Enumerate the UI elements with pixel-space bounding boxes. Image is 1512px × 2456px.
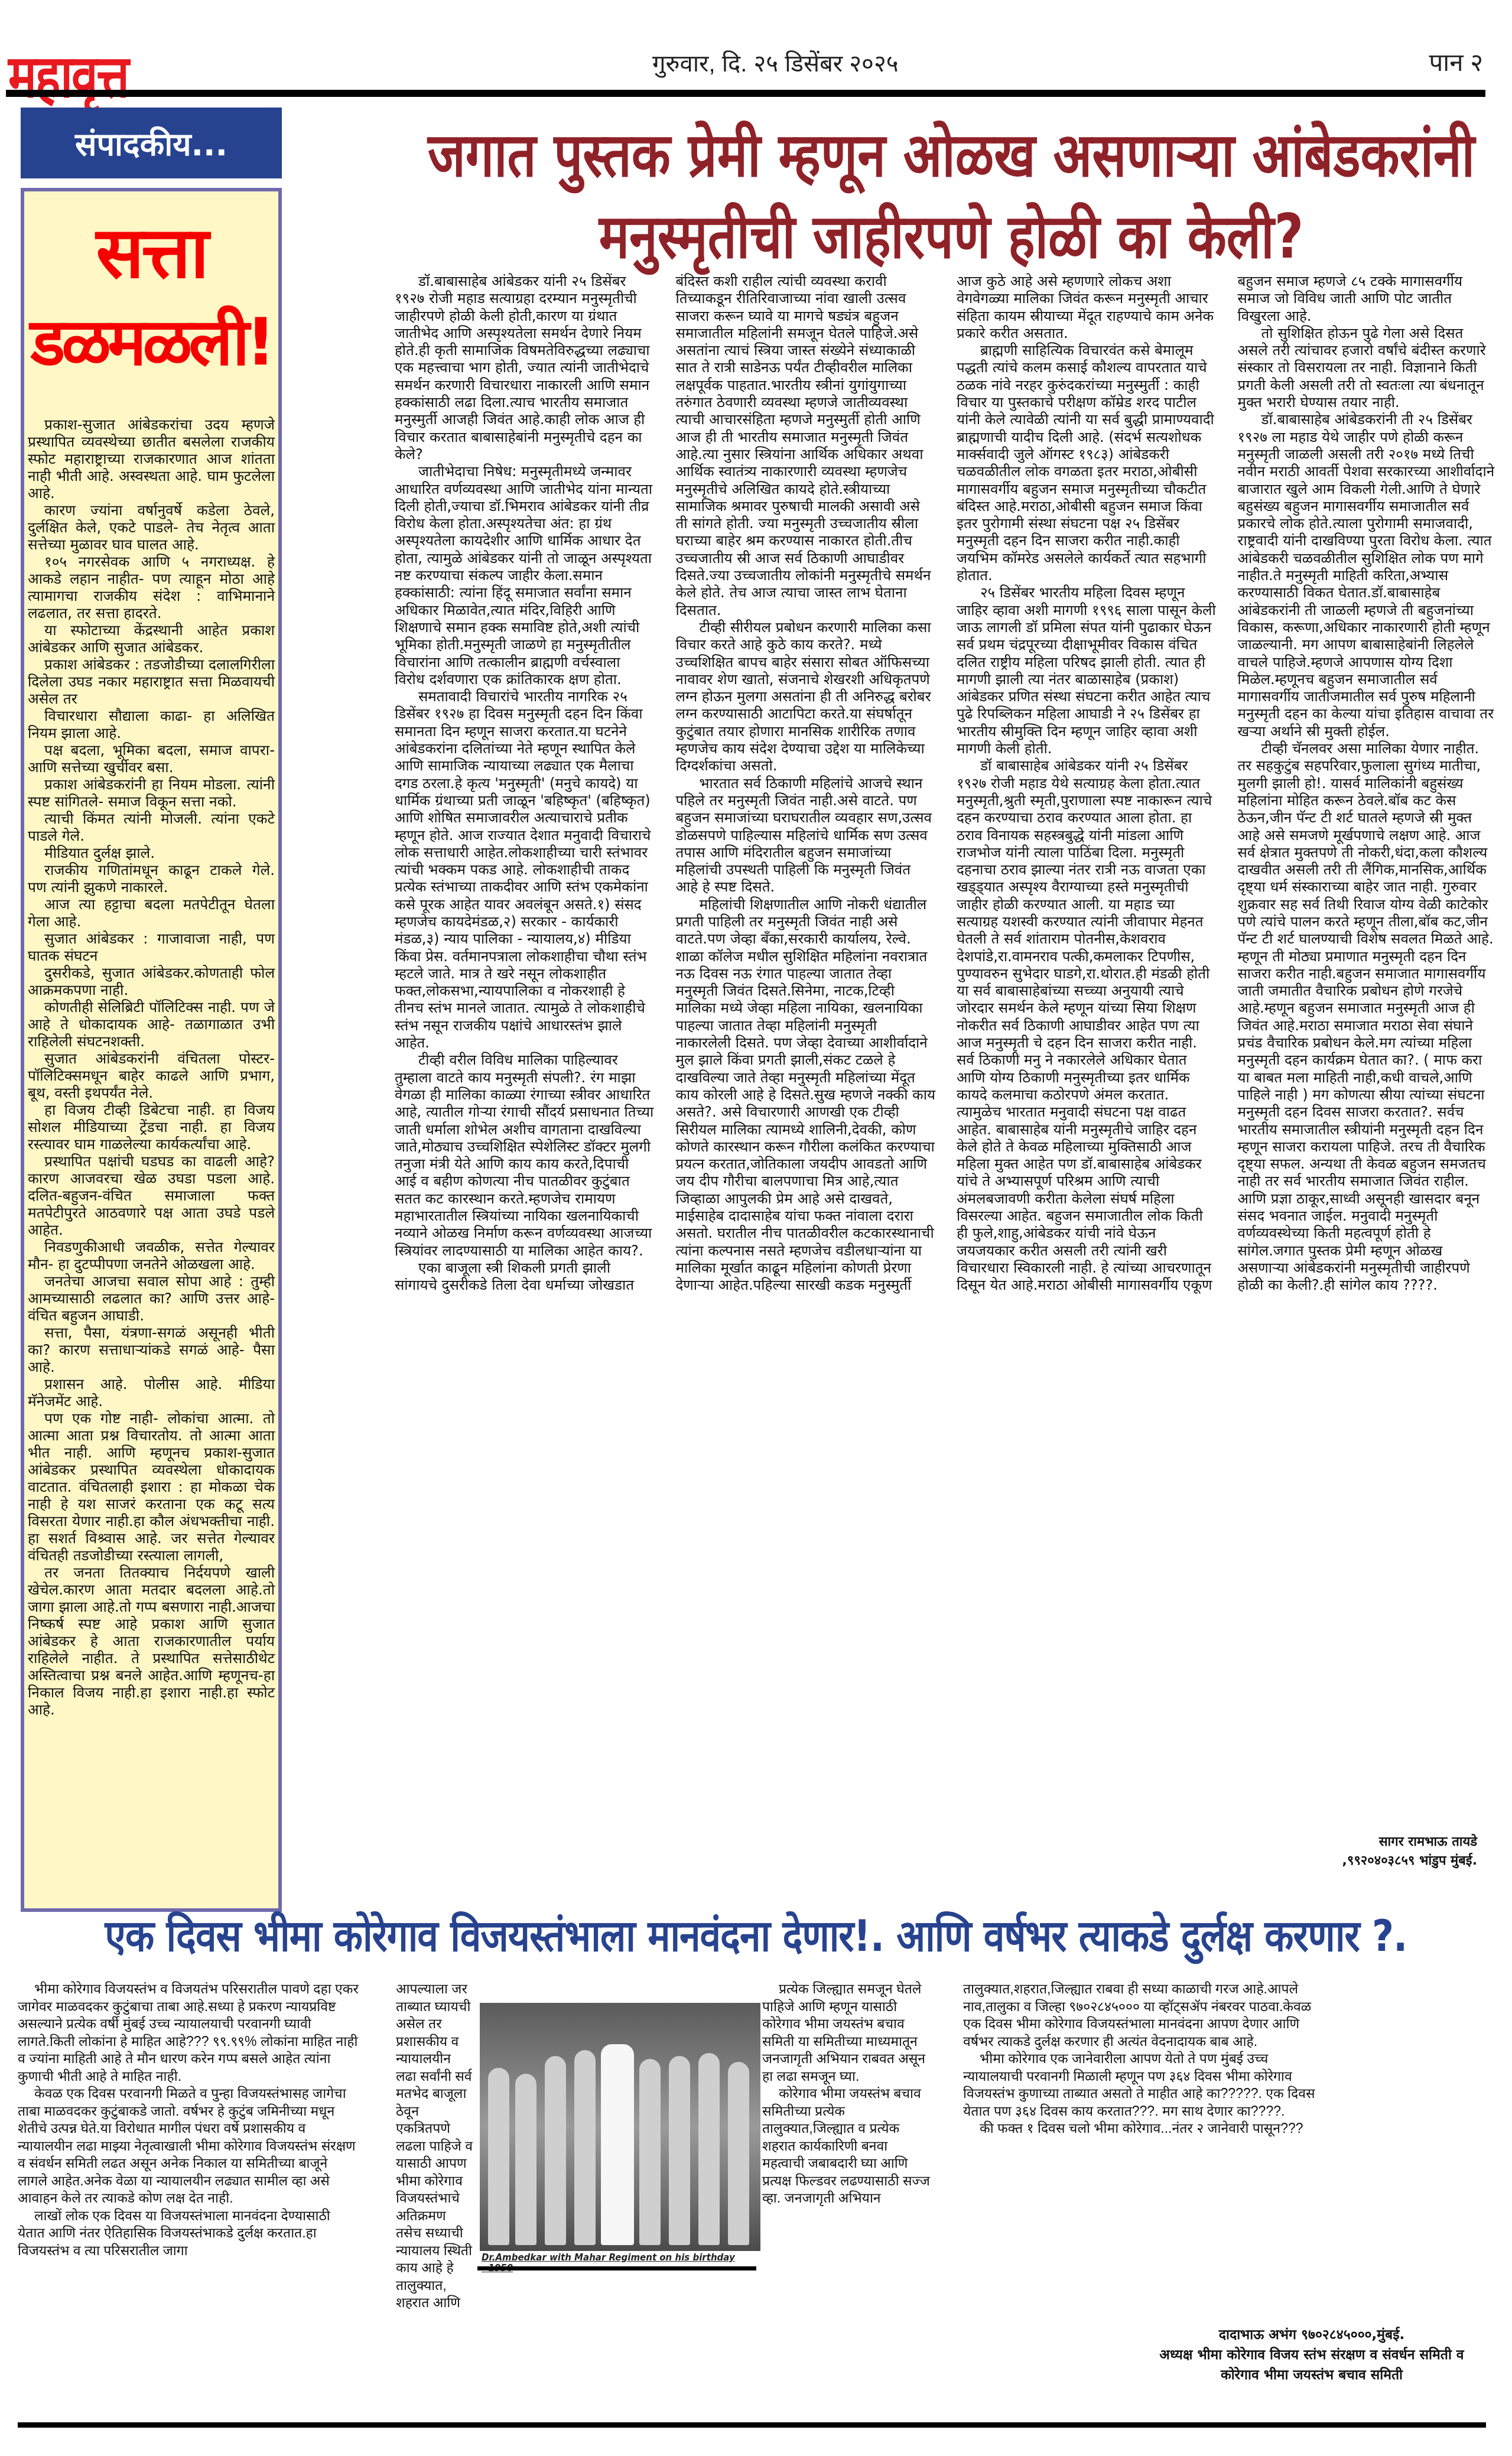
editorial-paragraph: जनतेचा आजचा सवाल सोपा आहे : तुम्ही आमच्य… [28,1273,275,1324]
editorial-paragraph: सुजात आंबेडकरांनी वंचितला पोस्टर-पॉलिटिक… [28,1050,275,1101]
editorial-paragraph: पक्ष बदला, भूमिका बदला, समाज वापरा- आणि … [28,741,275,776]
editorial-paragraph: हा विजय टीव्ही डिबेटचा नाही. हा विजय सोश… [28,1101,275,1153]
editorial-paragraph: राजकीय गणितांमधून काढून टाकले गेले. पण त… [28,861,275,896]
article2-paragraph: लाखों लोक एक दिवस या विजयस्तंभाला मानवंद… [18,2207,360,2260]
article2-column-3: प्रत्येक जिल्ह्यात समजून घेतले पाहिजे आण… [762,1980,934,2406]
editorial-paragraph: प्रकाश आंबेडकरांनी हा नियम मोडला. त्यांन… [28,776,275,810]
article1-paragraph: २५ डिसेंबर भारतीय महिला दिवस म्हणून जाहि… [957,584,1217,757]
article1-paragraph: भारतात सर्व ठिकाणी महिलांचे आजचे स्थान प… [676,775,936,896]
editorial-paragraph: सुजात आंबेडकर : गाजावाजा नाही, पण घातक स… [28,930,275,964]
article1-body: डॉ.बाबासाहेब आंबेडकर यांनी २५ डिसेंबर १९… [395,273,1497,1880]
editorial-paragraph: प्रकाश-सुजात आंबेडकरांचा उदय म्हणजे प्रस… [28,416,275,502]
editorial-paragraph: कारण ज्यांना वर्षानुवर्षे कडेला ठेवले, द… [28,502,275,553]
editorial-paragraph: पण एक गोष्ट नाही- लोकांचा आत्मा. तो आत्म… [28,1410,275,1564]
editorial-paragraph: आज त्या हट्टाचा बदला मतपेटीतून घेतला गेल… [28,896,275,930]
photo-divider [477,2266,756,2270]
editorial-paragraph: मीडियात दुर्लक्ष झाले. [28,844,275,861]
article1-paragraph: डॉ.बाबासाहेब आंबेडकरांनी ती २५ डिसेंबर १… [1238,411,1498,740]
article1-paragraph: तो सुशिक्षित होऊन पुढे गेला असे दिसत असल… [1238,325,1498,411]
footer-divider [18,2422,1486,2428]
editorial-title-line2: डळमळली! [28,298,275,386]
author-contact: ,९९२०४०३८५९ भांडुप मुंबई. [1270,1852,1477,1871]
editorial-paragraph: कोणतीही सेलिब्रिटी पॉलिटिक्स नाही. पण जे… [28,998,275,1050]
article1-paragraph: टीव्ही वरील विविध मालिका पाहिल्यावर तुम्… [395,1052,655,1260]
editorial-paragraph: निवडणुकीआधी जवळीक, सत्तेत गेल्यावर मौन- … [28,1238,275,1273]
newspaper-logo: महावृत्त [8,34,128,115]
editorial-paragraph: या स्फोटाच्या केंद्रस्थानी आहेत प्रकाश आ… [28,622,275,656]
article1-paragraph: डॉ.बाबासाहेब आंबेडकर यांनी २५ डिसेंबर १९… [395,273,655,463]
editorial-body: प्रकाश-सुजात आंबेडकरांचा उदय म्हणजे प्रस… [28,416,275,1718]
article1-paragraph: टीव्ही चॅनलवर असा मालिका येणार नाहीत. तर… [1238,740,1498,1294]
article1-paragraph: ब्राह्मणी साहित्यिक विचारवंत कसे बेमालूम… [957,342,1217,584]
signature-title: अध्यक्ष भीमा कोरेगाव विजय स्तंभ संरक्षण … [1158,2345,1465,2385]
article1-headline: जगात पुस्तक प्रेमी म्हणून ओळख असणाऱ्या आ… [396,115,1507,278]
article2-paragraph: तालुक्यात,शहरात,जिल्ह्यात राबवा ही सध्या… [963,1980,1329,2050]
author-name: सागर रामभाऊ तायडे [1270,1833,1477,1852]
article2-column-4: तालुक्यात,शहरात,जिल्ह्यात राबवा ही सध्या… [963,1980,1329,2311]
article2-paragraph: भीमा कोरेगाव विजयस्तंभ व विजयतंभ परिसरात… [18,1980,360,2085]
editorial-paragraph: दुसरीकडे, सुजात आंबेडकर.कोणताही फोल आक्र… [28,964,275,998]
editorial-paragraph: विचारधारा सौद्याला काढा- हा अलिखित नियम … [28,707,275,741]
historical-group-photo [480,2003,760,2251]
masthead: महावृत्त गुरुवार, दि. २५ डिसेंबर २०२५ पा… [8,0,1497,89]
article1-paragraph: जातीभेदाचा निषेध: मनुस्मृतीमध्ये जन्मावर… [395,463,655,688]
editorial-paragraph: प्रशासन आहे. पोलीस आहे. मीडिया मॅनेजमेंट… [28,1375,275,1410]
article2-paragraph: भीमा कोरेगाव एक जानेवारीला आपण येतो ते प… [963,2050,1329,2120]
article2-headline: एक दिवस भीमा कोरेगाव विजयस्तंभाला मानवंद… [12,1902,1500,1970]
dateline: गुरुवार, दि. २५ डिसेंबर २०२५ [652,46,898,79]
editorial-paragraph: १०५ नगरसेवक आणि ५ नगराध्यक्ष. हे आकडे लह… [28,553,275,622]
editorial-paragraph: प्रस्थापित पक्षांची घडघड का वाढली आहे? क… [28,1153,275,1238]
editorial-paragraph: प्रकाश आंबेडकर : तडजोडीच्या दलालगिरीला द… [28,656,275,707]
editorial-paragraph: त्याची किंमत त्यांनी मोजली. त्यांना एकटे… [28,810,275,844]
masthead-divider [6,90,1485,97]
editorial-paragraph: तर जनता तितक्याच निर्दयपणे खाली खेचेल.का… [28,1564,275,1718]
article1-paragraph: टीव्ही सीरीयल प्रबोधन करणारी मालिका कसा … [676,619,936,775]
article2-paragraph: केवळ एक दिवस परवानगी मिळते व पुन्हा विजय… [18,2085,360,2207]
editorial-paragraph: सत्ता, पैसा, यंत्रणा-सगळं असूनही भीती का… [28,1324,275,1375]
article2-paragraph: की फक्त १ दिवस चलो भीमा कोरेगाव...नंतर २… [963,2120,1329,2138]
article2-paragraph: प्रत्येक जिल्ह्यात समजून घेतले पाहिजे आण… [762,1980,934,2085]
article2-paragraph: कोरेगाव भीमा जयस्तंभ बचाव समितीच्या प्रत… [762,2085,934,2207]
signature-name: दादाभाऊ अभंग ९७०२८४५०००,मुंबई. [1158,2325,1465,2345]
article2-signature: दादाभाऊ अभंग ९७०२८४५०००,मुंबई. अध्यक्ष भ… [1158,2325,1465,2385]
page-number: पान २ [1429,45,1483,79]
article1-byline: सागर रामभाऊ तायडे ,९९२०४०३८५९ भांडुप मुं… [1270,1833,1477,1871]
editorial-title-line1: सत्ता [28,209,275,298]
editorial-box: सत्ता डळमळली! प्रकाश-सुजात आंबेडकरांचा उ… [21,188,282,1912]
article1-paragraph: समतावादी विचारांचे भारतीय नागरिक २५ डिसे… [395,688,655,1052]
article2-paragraph: आपल्याला जर ताब्यात घ्यायची असेल तर प्रश… [396,1980,473,2312]
editorial-section-label: संपादकीय... [21,108,282,178]
article2-column-1: भीमा कोरेगाव विजयस्तंभ व विजयतंभ परिसरात… [18,1980,360,2406]
article2-column-2: आपल्याला जर ताब्यात घ्यायची असेल तर प्रश… [396,1980,473,2406]
